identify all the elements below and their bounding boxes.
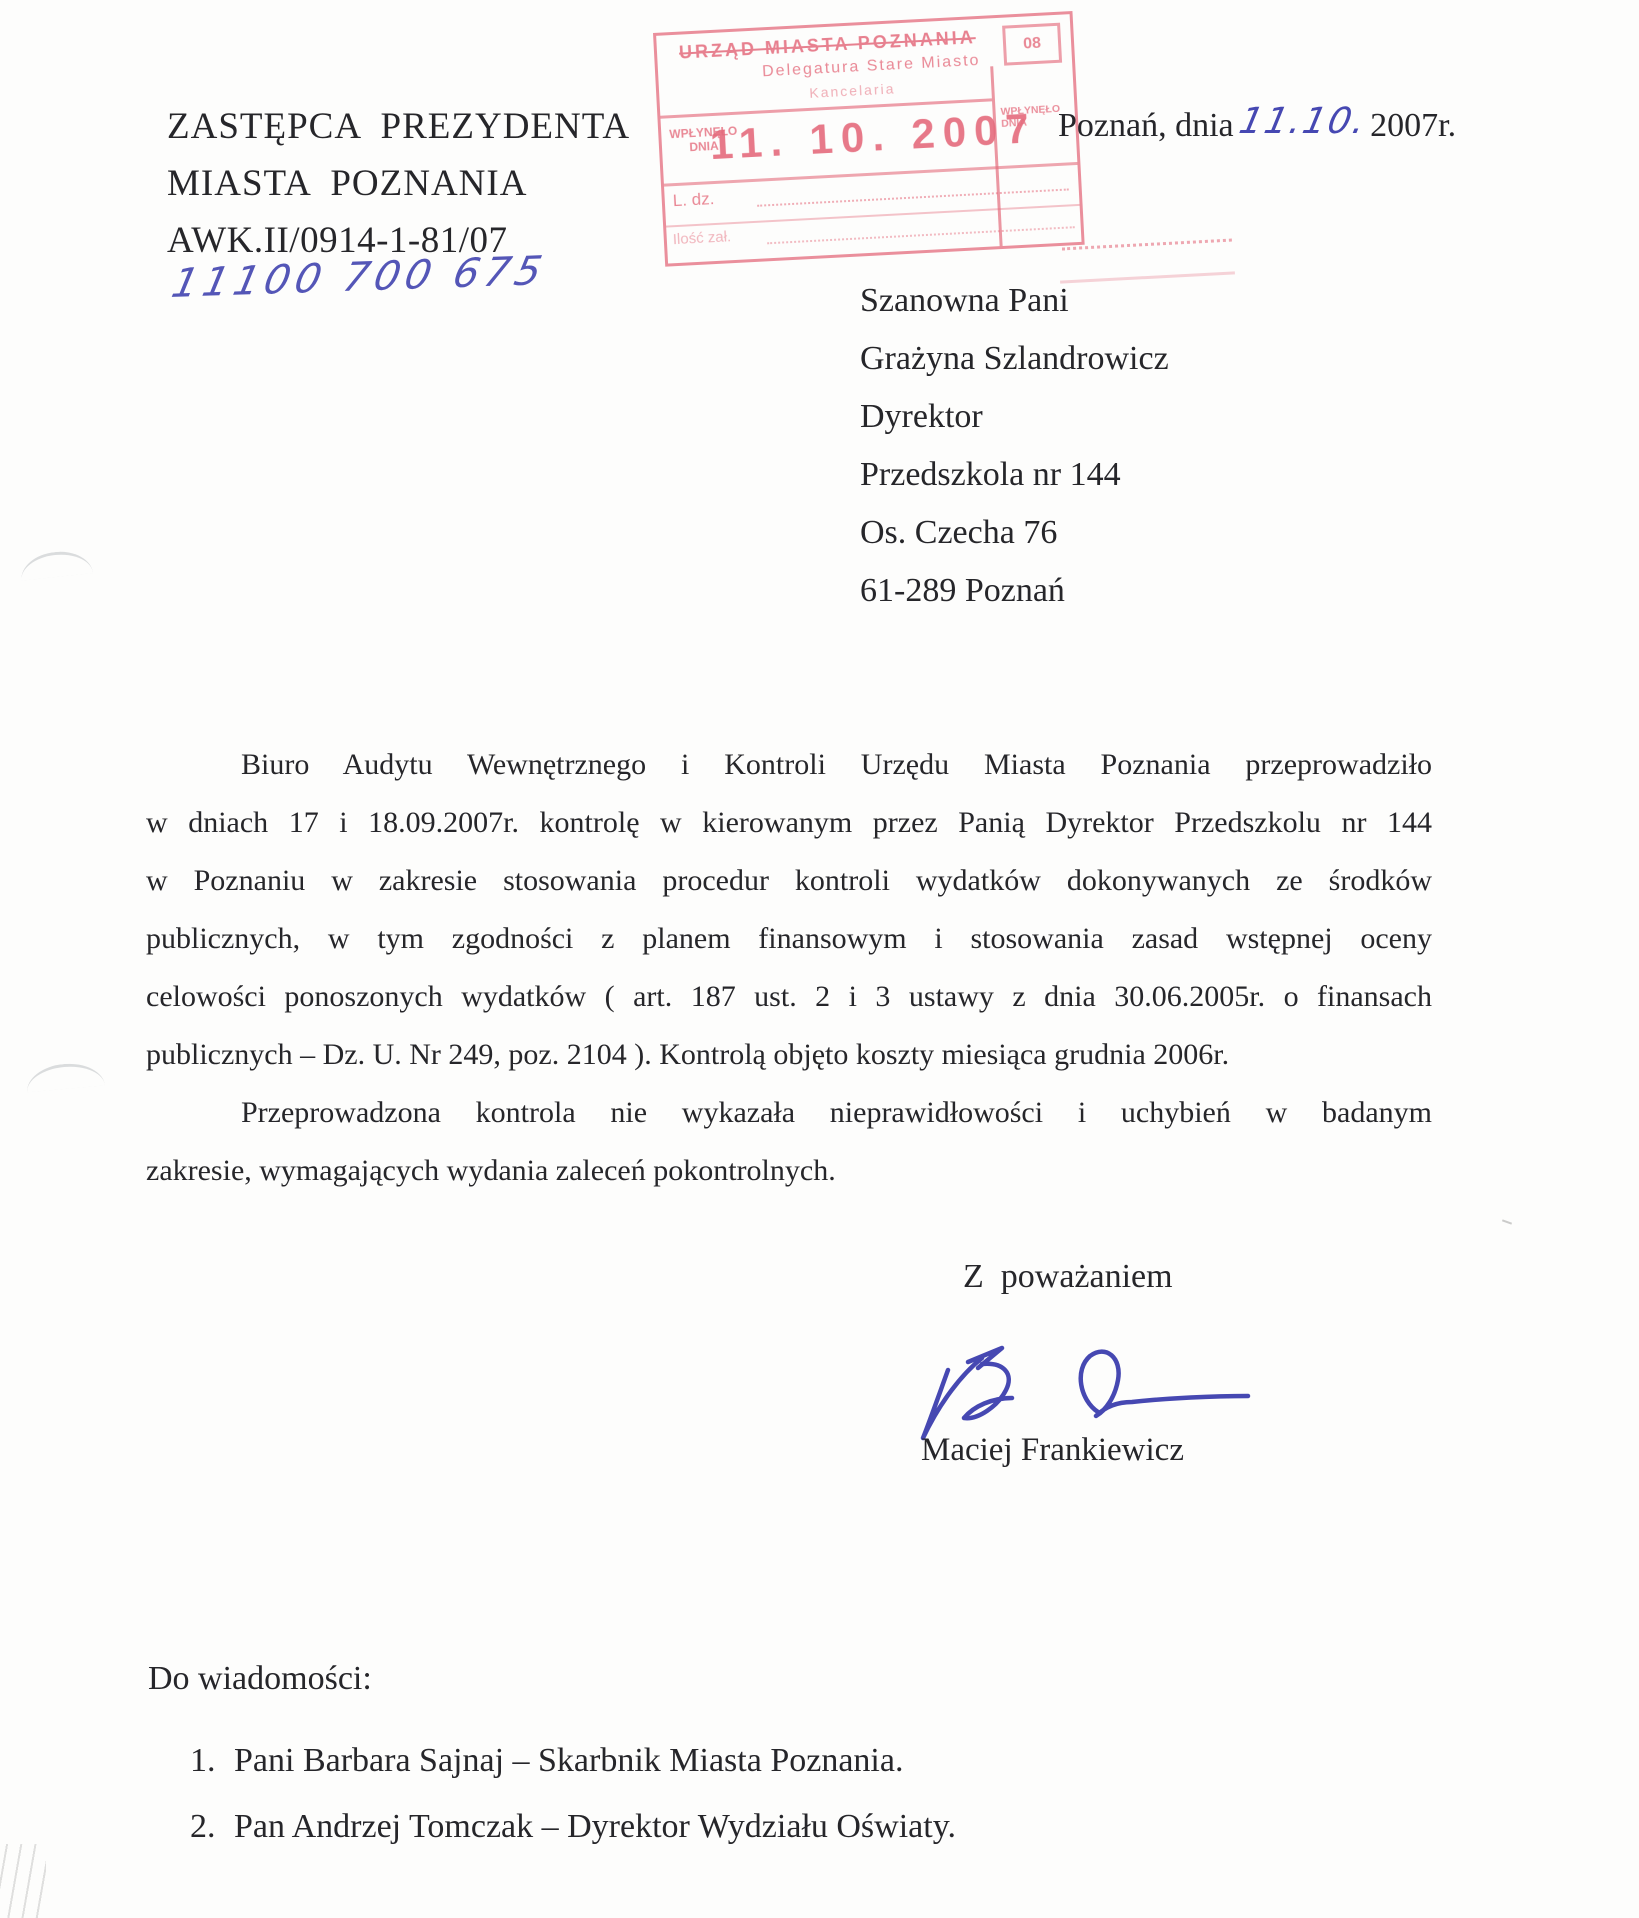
stamp-ref-fill-line bbox=[757, 188, 1069, 206]
stamp-attachments-row-label: Ilość zał. bbox=[672, 228, 731, 248]
stamp-code-box: 08 bbox=[1002, 23, 1062, 66]
body-line: Przeprowadzona kontrola nie wykazała nie… bbox=[146, 1084, 1432, 1142]
stamp-attachments-fill-line bbox=[767, 226, 1075, 244]
scan-artifact-corner bbox=[0, 1844, 46, 1918]
handwritten-date: 11.10. bbox=[1235, 101, 1370, 142]
stamp-received-date: 11. 10. 2007 bbox=[709, 104, 1038, 169]
scan-artifact-arc bbox=[25, 1061, 105, 1093]
recipient-name: Grażyna Szlandrowicz bbox=[860, 330, 1169, 388]
body-line: Biuro Audytu Wewnętrznego i Kontroli Urz… bbox=[146, 736, 1432, 794]
recipient-institution: Przedszkola nr 144 bbox=[860, 446, 1169, 504]
body-line: w Poznaniu w zakresie stosowania procedu… bbox=[146, 852, 1432, 910]
body-line: w dniach 17 i 18.09.2007r. kontrolę w ki… bbox=[146, 794, 1432, 852]
valediction: Z poważaniem bbox=[963, 1258, 1173, 1296]
cc-item: 1. Pani Barbara Sajnaj – Skarbnik Miasta… bbox=[190, 1728, 956, 1794]
cc-item-text: Pan Andrzej Tomczak – Dyrektor Wydziału … bbox=[234, 1794, 956, 1860]
cc-item-number: 1. bbox=[190, 1728, 234, 1794]
letter-body: Biuro Audytu Wewnętrznego i Kontroli Urz… bbox=[146, 736, 1432, 1200]
cc-heading: Do wiadomości: bbox=[148, 1660, 956, 1698]
letter-scan-page: ZASTĘPCA PREZYDENTA MIASTA POZNANIA AWK.… bbox=[0, 0, 1639, 1918]
stamp-office-unit: Kancelaria bbox=[809, 80, 896, 100]
receipt-stamp: URZĄD MIASTA POZNANIA Delegatura Stare M… bbox=[653, 11, 1085, 267]
stamp-ref-row-label: L. dz. bbox=[672, 189, 715, 211]
recipient-title: Dyrektor bbox=[860, 388, 1169, 446]
stamp-divider-bottom bbox=[666, 204, 1080, 228]
signer-name: Maciej Frankiewicz bbox=[921, 1432, 1184, 1469]
body-line: zakresie, wymagających wydania zaleceń p… bbox=[146, 1142, 1432, 1200]
scan-artifact-tick bbox=[1502, 1219, 1512, 1224]
stamp-divider-vertical bbox=[990, 66, 1002, 246]
sender-title-line2: MIASTA POZNANIA bbox=[167, 155, 630, 212]
sender-title-line1: ZASTĘPCA PREZYDENTA bbox=[167, 98, 630, 155]
body-line: publicznych – Dz. U. Nr 249, poz. 2104 )… bbox=[146, 1026, 1432, 1084]
signature-handwriting bbox=[918, 1340, 1254, 1444]
cc-item-number: 2. bbox=[190, 1794, 234, 1860]
stamp-ink-smudge bbox=[1062, 239, 1232, 251]
body-line: publicznych, w tym zgodności z planem fi… bbox=[146, 910, 1432, 968]
recipient-block: Szanowna Pani Grażyna Szlandrowicz Dyrek… bbox=[860, 272, 1169, 620]
scan-artifact-arc bbox=[19, 548, 93, 580]
recipient-city: 61-289 Poznań bbox=[860, 562, 1169, 620]
cc-section: Do wiadomości: 1. Pani Barbara Sajnaj – … bbox=[148, 1660, 956, 1860]
cc-item: 2. Pan Andrzej Tomczak – Dyrektor Wydzia… bbox=[190, 1794, 956, 1860]
dateline-prefix: Poznań, dnia bbox=[1058, 107, 1234, 144]
recipient-salutation: Szanowna Pani bbox=[860, 272, 1169, 330]
body-line: celowości ponoszonych wydatków ( art. 18… bbox=[146, 968, 1432, 1026]
recipient-street: Os. Czecha 76 bbox=[860, 504, 1169, 562]
dateline: Poznań, dnia11.10.2007r. bbox=[1058, 104, 1456, 145]
sender-block: ZASTĘPCA PREZYDENTA MIASTA POZNANIA AWK.… bbox=[167, 98, 630, 305]
cc-list: 1. Pani Barbara Sajnaj – Skarbnik Miasta… bbox=[148, 1728, 956, 1860]
cc-item-text: Pani Barbara Sajnaj – Skarbnik Miasta Po… bbox=[234, 1728, 903, 1794]
dateline-year: 2007r. bbox=[1370, 107, 1456, 144]
